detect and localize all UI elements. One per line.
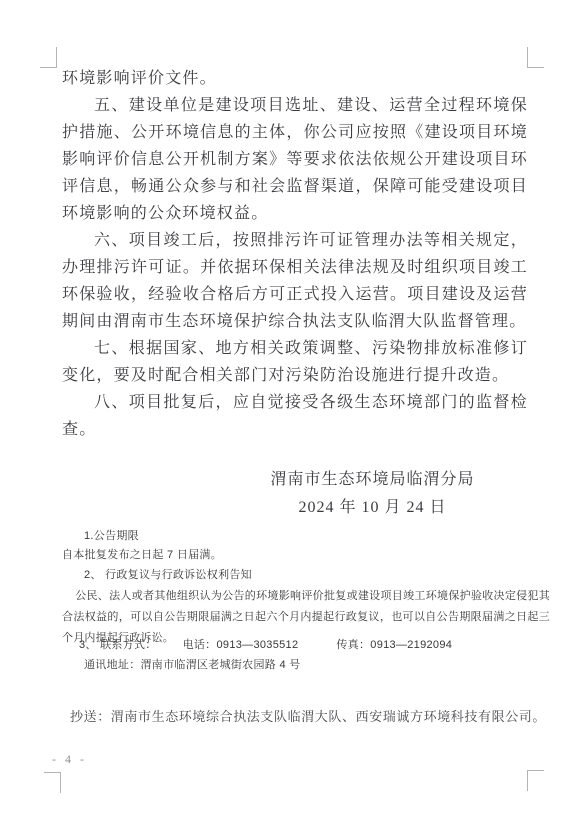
contact-fax: 传真：0913—2192094	[336, 639, 452, 651]
issue-date: 2024 年 10 月 24 日	[215, 494, 530, 522]
text-boundary-mark-top-right	[527, 47, 544, 68]
cc-line: 抄送：渭南市生态环境综合执法支队临渭大队、西安瑞诚方环境科技有限公司。	[70, 706, 540, 725]
body-paragraph-5: 五、建设单位是建设项目选址、建设、运营全过程环境保护措施、公开环境信息的主体，你…	[62, 92, 528, 227]
approval-body: 环境影响评价文件。 五、建设单位是建设项目选址、建设、运营全过程环境保护措施、公…	[62, 65, 528, 443]
document-page: 环境影响评价文件。 五、建设单位是建设项目选址、建设、运营全过程环境保护措施、公…	[0, 0, 588, 833]
text-boundary-mark-bottom-right	[527, 770, 544, 791]
issuer-name: 渭南市生态环境局临渭分局	[215, 466, 530, 494]
body-continuation-line: 环境影响评价文件。	[62, 65, 528, 92]
text-boundary-mark-top-left	[40, 47, 57, 68]
page-number: - 4 -	[52, 752, 87, 767]
notice-item1-body: 自本批复发布之日起 7 日届满。	[62, 546, 222, 562]
contact-prefix: 3、 联系方式：	[79, 639, 157, 651]
notice-item1-title: 1.公告期限	[84, 527, 139, 543]
notice-item3-contact: 3、 联系方式：电话：0913—3035512传真：0913—2192094	[79, 636, 452, 652]
notice-item2-title: 2、 行政复议与行政诉讼权利告知	[84, 566, 252, 582]
signature-block: 渭南市生态环境局临渭分局 2024 年 10 月 24 日	[215, 466, 530, 522]
contact-phone: 电话：0913—3035512	[183, 639, 299, 651]
text-boundary-mark-bottom-left	[44, 772, 61, 793]
body-paragraph-8: 八、项目批复后，应自觉接受各级生态环境部门的监督检查。	[62, 389, 528, 443]
notice-address: 通讯地址：渭南市临渭区老城街农园路 4 号	[84, 656, 301, 672]
body-paragraph-7: 七、根据国家、地方相关政策调整、污染物排放标准修订变化，要及时配合相关部门对污染…	[62, 335, 528, 389]
body-paragraph-6: 六、项目竣工后，按照排污许可证管理办法等相关规定，办理排污许可证。并依据环保相关…	[62, 227, 528, 335]
